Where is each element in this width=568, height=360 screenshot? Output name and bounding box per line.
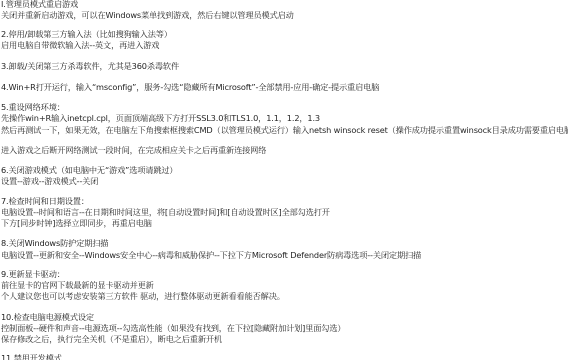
network-note: 进入游戏之后断开网络测试一段时间，在完成相应关卡之后再重新连接网络 (1, 145, 266, 156)
section-6-line-1: 设置--游戏--游戏模式--关闭 (1, 176, 98, 187)
section-3-heading: 3.卸载/关闭第三方杀毒软件，尤其是360杀毒软件 (1, 61, 179, 72)
section-10-line-2: 保存修改之后，执行完全关机（不是重启），断电之后重新开机 (1, 334, 222, 345)
section-4-heading: 4.Win+R打开运行，输入“msconfig”，服务-勾选“隐藏所有Micro… (1, 82, 379, 93)
section-2-line-1: 启用电脑自带微软输入法--英文，再进入游戏 (1, 40, 159, 51)
section-7-line-2: 下方[同步时钟]选择立即同步，再重启电脑 (1, 218, 152, 229)
section-10-heading: 10.检查电脑电源模式设定 (1, 312, 94, 323)
section-2-heading: 2.停用/卸载第三方输入法（比如搜狗输入法等） (1, 29, 172, 40)
section-7-heading: 7.检查时间和日期设置： (1, 196, 89, 207)
section-1-line-1: 关闭并重新启动游戏，可以在Windows菜单找到游戏，然后右键以管理员模式启动 (1, 10, 294, 21)
section-9-line-1: 前往显卡的官网下载最新的显卡驱动并更新 (1, 280, 154, 291)
section-7-line-1: 电脑设置--时间和语言--在日期和时间这里，将[自动设置时间]和[自动设置时区]… (1, 207, 330, 218)
section-6-heading: 6.关闭游戏模式（如电脑中无“游戏”选项请跳过） (1, 165, 177, 176)
section-1-heading: I.管理员模式重启游戏 (1, 0, 78, 10)
section-11-heading: 11.禁用开发模式 (1, 353, 62, 360)
section-10-line-1: 控制面板--硬件和声音--电源选项--勾选高性能（如果没有找到，在下拉[隐藏附加… (1, 323, 345, 334)
section-5-line-1: 先操作win+R输入inetcpl.cpl，页面顶端高级下方打开SSL3.0和T… (1, 113, 320, 124)
section-5-line-2: 然后再测试一下，如果无效，在电脑左下角搜索框搜索CMD（以管理员模式运行）输入n… (1, 125, 568, 136)
section-8-line-1: 电脑设置--更新和安全--Windows安全中心--病毒和威胁保护--下拉下方M… (1, 250, 421, 261)
section-8-heading: 8.关闭Windows防护定期扫描 (1, 238, 108, 249)
section-9-heading: 9.更新显卡驱动： (1, 269, 65, 280)
section-5-heading: 5.重设网络环境： (1, 102, 65, 113)
section-9-line-2: 个人建议您也可以考虑安装第三方软件 驱动，进行整体驱动更新看看能否解决。 (1, 291, 285, 302)
troubleshooting-document: I.管理员模式重启游戏 关闭并重新启动游戏，可以在Windows菜单找到游戏，然… (0, 0, 568, 360)
